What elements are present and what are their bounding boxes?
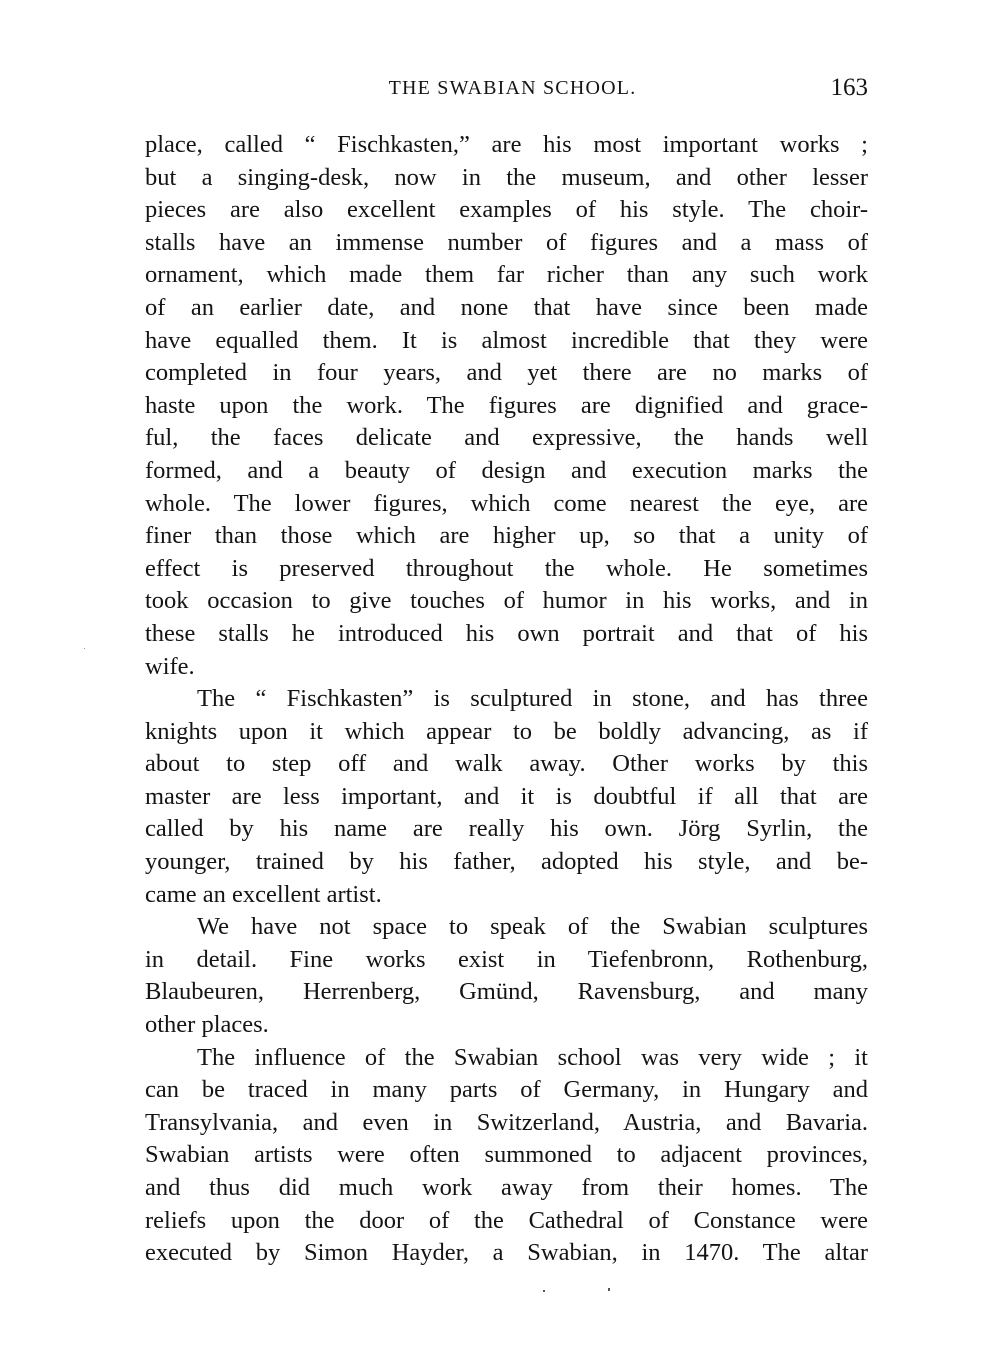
text-line: came an excellent artist.	[145, 879, 868, 912]
text-line: other places.	[145, 1009, 868, 1042]
text-line: and thus did much work away from their h…	[145, 1172, 868, 1205]
text-line: have equalled them. It is almost incredi…	[145, 325, 868, 358]
text-line: executed by Simon Hayder, a Swabian, in …	[145, 1237, 868, 1270]
running-title: THE SWABIAN SCHOOL.	[145, 77, 868, 100]
text-line: in detail. Fine works exist in Tiefenbro…	[145, 944, 868, 977]
text-line: but a singing-desk, now in the museum, a…	[145, 162, 868, 195]
text-line: stalls have an immense number of figures…	[145, 227, 868, 260]
text-line: called by his name are really his own. J…	[145, 813, 868, 846]
scan-speck	[84, 648, 85, 649]
text-line: younger, trained by his father, adopted …	[145, 846, 868, 879]
running-head: THE SWABIAN SCHOOL. 163	[145, 74, 868, 104]
text-line: pieces are also excellent examples of hi…	[145, 194, 868, 227]
page-number: 163	[831, 74, 869, 102]
text-line: knights upon it which appear to be boldl…	[145, 716, 868, 749]
text-line: took occasion to give touches of humor i…	[145, 585, 868, 618]
text-line: of an earlier date, and none that have s…	[145, 292, 868, 325]
text-line: Transylvania, and even in Switzerland, A…	[145, 1107, 868, 1140]
text-line: finer than those which are higher up, so…	[145, 520, 868, 553]
text-line: wife.	[145, 651, 868, 684]
text-line: place, called “ Fischkasten,” are his mo…	[145, 129, 868, 162]
text-line: reliefs upon the door of the Cathedral o…	[145, 1205, 868, 1238]
text-line: whole. The lower figures, which come nea…	[145, 488, 868, 521]
text-line: can be traced in many parts of Germany, …	[145, 1074, 868, 1107]
text-line: ful, the faces delicate and expressive, …	[145, 422, 868, 455]
paragraph-1: place, called “ Fischkasten,” are his mo…	[145, 129, 868, 683]
book-page: THE SWABIAN SCHOOL. 163 place, called “ …	[0, 0, 1000, 1369]
scan-speck	[543, 1290, 545, 1292]
text-line: haste upon the work. The figures are dig…	[145, 390, 868, 423]
text-line: about to step off and walk away. Other w…	[145, 748, 868, 781]
text-line: completed in four years, and yet there a…	[145, 357, 868, 390]
text-line: master are less important, and it is dou…	[145, 781, 868, 814]
scan-speck	[608, 1288, 610, 1291]
text-line: these stalls he introduced his own portr…	[145, 618, 868, 651]
paragraph-3: We have not space to speak of the Swabia…	[145, 911, 868, 1041]
text-line: Swabian artists were often summoned to a…	[145, 1139, 868, 1172]
body-text: place, called “ Fischkasten,” are his mo…	[145, 129, 868, 1270]
text-line: effect is preserved throughout the whole…	[145, 553, 868, 586]
paragraph-2: The “ Fischkasten” is sculptured in ston…	[145, 683, 868, 911]
paragraph-4: The influence of the Swabian school was …	[145, 1042, 868, 1270]
text-line: The “ Fischkasten” is sculptured in ston…	[145, 683, 868, 716]
text-line: The influence of the Swabian school was …	[145, 1042, 868, 1075]
text-line: Blaubeuren, Herrenberg, Gmünd, Ravensbur…	[145, 976, 868, 1009]
text-line: formed, and a beauty of design and execu…	[145, 455, 868, 488]
text-line: We have not space to speak of the Swabia…	[145, 911, 868, 944]
text-line: ornament, which made them far richer tha…	[145, 259, 868, 292]
